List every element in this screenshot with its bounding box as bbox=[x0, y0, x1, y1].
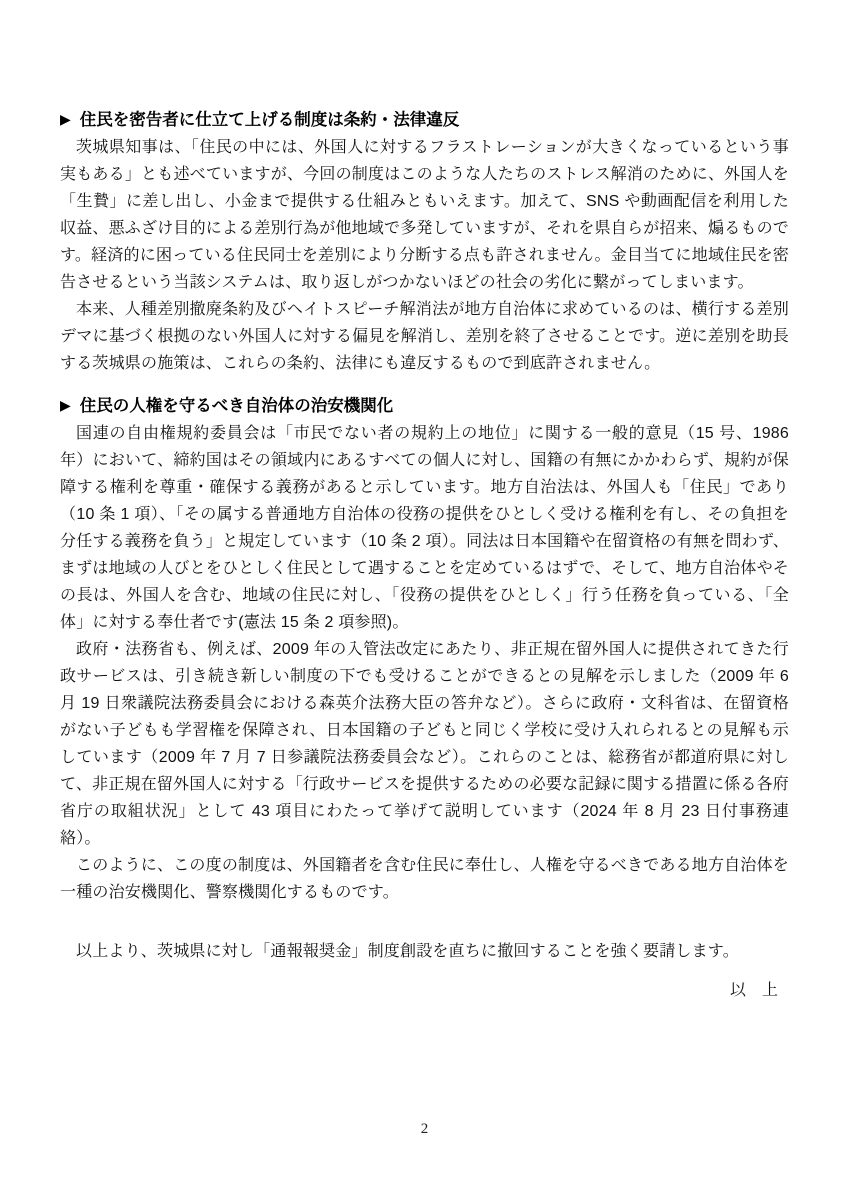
paragraph: 茨城県知事は、「住民の中には、外国人に対するフラストレーションが大きくなっている… bbox=[60, 134, 789, 296]
section-heading-text: 住民の人権を守るべき自治体の治安機関化 bbox=[80, 393, 394, 420]
page-number: 2 bbox=[0, 1121, 849, 1138]
section-treaty-violation: ▶ 住民を密告者に仕立て上げる制度は条約・法律違反 茨城県知事は、「住民の中には… bbox=[60, 107, 789, 377]
section-heading: ▶ 住民を密告者に仕立て上げる制度は条約・法律違反 bbox=[60, 107, 789, 134]
triangle-bullet-icon: ▶ bbox=[60, 392, 71, 419]
section-heading-text: 住民を密告者に仕立て上げる制度は条約・法律違反 bbox=[80, 107, 460, 134]
paragraph: 国連の自由権規約委員会は「市民でない者の規約上の地位」に関する一般的意見（15 … bbox=[60, 420, 789, 636]
sign-off: 以 上 bbox=[60, 977, 789, 1004]
paragraph: このように、この度の制度は、外国籍者を含む住民に奉仕し、人権を守るべきである地方… bbox=[60, 852, 789, 906]
triangle-bullet-icon: ▶ bbox=[60, 106, 71, 133]
section-heading: ▶ 住民の人権を守るべき自治体の治安機関化 bbox=[60, 393, 789, 420]
paragraph: 本来、人種差別撤廃条約及びヘイトスピーチ解消法が地方自治体に求めているのは、横行… bbox=[60, 296, 789, 377]
document-page: ▶ 住民を密告者に仕立て上げる制度は条約・法律違反 茨城県知事は、「住民の中には… bbox=[0, 0, 849, 1200]
closing-request: 以上より、茨城県に対し「通報報奨金」制度創設を直ちに撤回することを強く要請します… bbox=[60, 938, 789, 965]
paragraph: 政府・法務省も、例えば、2009 年の入管法改定にあたり、非正規在留外国人に提供… bbox=[60, 636, 789, 852]
section-security-agency: ▶ 住民の人権を守るべき自治体の治安機関化 国連の自由権規約委員会は「市民でない… bbox=[60, 393, 789, 906]
document-content: ▶ 住民を密告者に仕立て上げる制度は条約・法律違反 茨城県知事は、「住民の中には… bbox=[0, 0, 849, 1004]
